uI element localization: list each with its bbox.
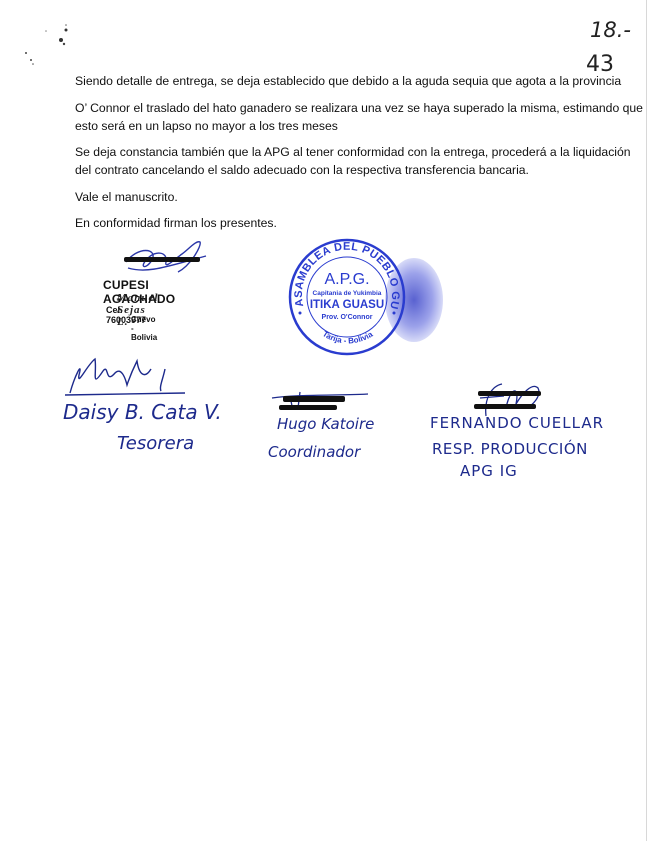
svg-text:Tarija - Bolivia: Tarija - Bolivia [321, 329, 375, 345]
paragraph-3: Se deja constancia también que la APG al… [75, 143, 631, 162]
apg-stamp: ASAMBLEA DEL PUEBLO GUARANI Tarija - Bol… [288, 238, 406, 356]
handwritten-signature [476, 378, 551, 418]
stamp-line3: Prov. O'Connor [322, 314, 373, 321]
stamp-line1: Capitania de Yukimbia [313, 290, 382, 297]
redaction-bar [124, 257, 200, 262]
redaction-bar [279, 405, 337, 410]
paragraph-4: Vale el manuscrito. [75, 188, 178, 207]
paragraph-2: O’ Connor el traslado del hato ganadero … [75, 99, 643, 118]
page-number-top: 18.- [590, 18, 631, 42]
paragraph-1: Siendo detalle de entrega, se deja estab… [75, 72, 621, 91]
signatory-name: FERNANDO CUELLAR [430, 414, 604, 432]
redaction-bar [474, 404, 536, 409]
stamp-title: A.P.G. [324, 271, 369, 288]
paragraph-3-cont: del contrato cancelando el saldo adecuad… [75, 161, 529, 180]
paragraph-5: En conformidad firman los presentes. [75, 214, 277, 233]
signatory-role: RESP. PRODUCCIÓN [432, 440, 588, 458]
signatory-name: Daisy B. Cata V. [63, 400, 222, 424]
redaction-bar [283, 396, 345, 402]
signatory-role: Coordinador [268, 443, 360, 461]
signatory-name: Hugo Katoire [277, 415, 374, 433]
scan-edge-line [646, 0, 647, 841]
stamp-bottom-text: Tarija - Bolivia [321, 329, 375, 345]
paragraph-2-cont: esto será en un lapso no mayor a los tre… [75, 117, 338, 136]
signatory-role: Tesorera [117, 433, 194, 454]
handwritten-signature [65, 355, 185, 400]
signatory-place: Cuevo - Bolivia [131, 315, 157, 342]
scan-speckles [0, 0, 100, 80]
stamp-line2: ITIKA GUASU [310, 299, 384, 311]
redaction-bar [478, 391, 541, 396]
signatory-org: APG IG [460, 462, 518, 480]
